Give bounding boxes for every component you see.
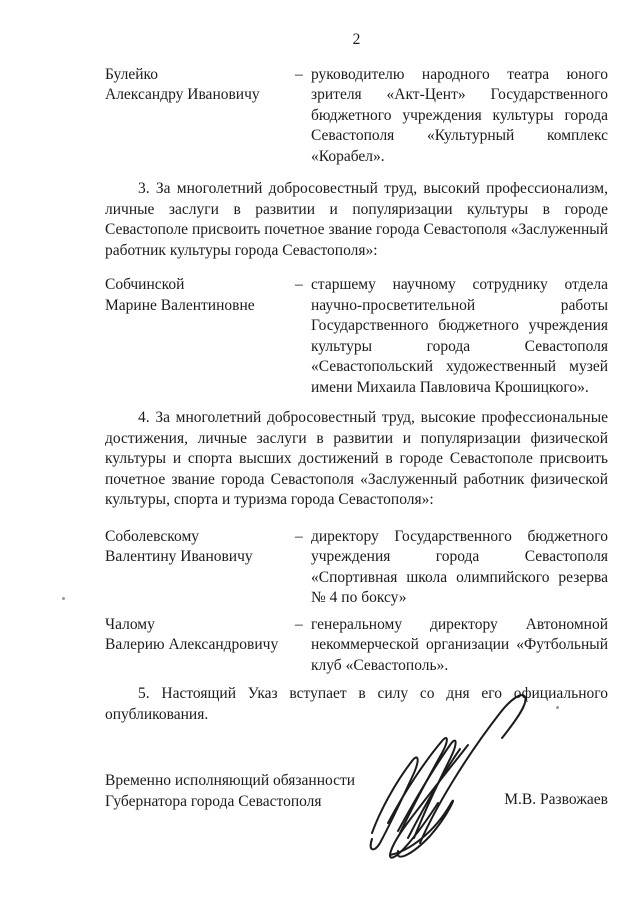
recipient-surname: Чалому — [105, 615, 295, 636]
recipient-given-names: Александру Ивановичу — [105, 85, 295, 106]
recipient-name: Чалому Валерию Александровичу — [105, 615, 295, 677]
scan-artifact-dot — [556, 706, 559, 709]
award-entry: Собчинской Марине Валентиновне – старшем… — [105, 275, 608, 398]
paragraph-5: 5. Настоящий Указ вступает в силу со дня… — [105, 684, 608, 725]
recipient-surname: Булейко — [105, 65, 295, 86]
recipient-description: генеральному директору Автономной некомм… — [311, 615, 608, 677]
recipient-description: старшему научному сотруднику отдела науч… — [311, 275, 608, 398]
signature-block: Временно исполняющий обязанности Губерна… — [105, 771, 608, 812]
signatory-role-line1: Временно исполняющий обязанности — [105, 771, 355, 792]
signatory-role: Временно исполняющий обязанности Губерна… — [105, 771, 355, 812]
dash-separator: – — [295, 65, 311, 168]
award-entry: Чалому Валерию Александровичу – генераль… — [105, 615, 608, 677]
recipient-given-names: Валентину Ивановичу — [105, 547, 295, 568]
signatory-name: М.В. Развожаев — [504, 790, 608, 813]
recipient-given-names: Марине Валентиновне — [105, 296, 295, 317]
recipient-description: директору Государственного бюджетного уч… — [311, 527, 608, 609]
award-entry: Соболевскому Валентину Ивановичу – дирек… — [105, 527, 608, 609]
dash-separator: – — [295, 275, 311, 398]
recipient-surname: Соболевскому — [105, 527, 295, 548]
paragraph-3: 3. За многолетний добросовестный труд, в… — [105, 179, 608, 261]
recipient-name: Булейко Александру Ивановичу — [105, 65, 295, 168]
recipient-name: Собчинской Марине Валентиновне — [105, 275, 295, 398]
document-page: { "page_number": "2", "dash": "–", "entr… — [0, 0, 633, 905]
document-content: 2 Булейко Александру Ивановичу – руковод… — [0, 0, 633, 812]
paragraph-4: 4. За многолетний добросовестный труд, в… — [105, 408, 608, 511]
dash-separator: – — [295, 615, 311, 677]
recipient-description: руководителю народного театра юного зрит… — [311, 65, 608, 168]
award-entry: Булейко Александру Ивановичу – руководит… — [105, 65, 608, 168]
signatory-role-line2: Губернатора города Севастополя — [105, 792, 355, 813]
scan-artifact-dot — [62, 597, 65, 600]
page-number: 2 — [105, 30, 608, 51]
recipient-name: Соболевскому Валентину Ивановичу — [105, 527, 295, 609]
dash-separator: – — [295, 527, 311, 609]
recipient-surname: Собчинской — [105, 275, 295, 296]
recipient-given-names: Валерию Александровичу — [105, 635, 295, 656]
